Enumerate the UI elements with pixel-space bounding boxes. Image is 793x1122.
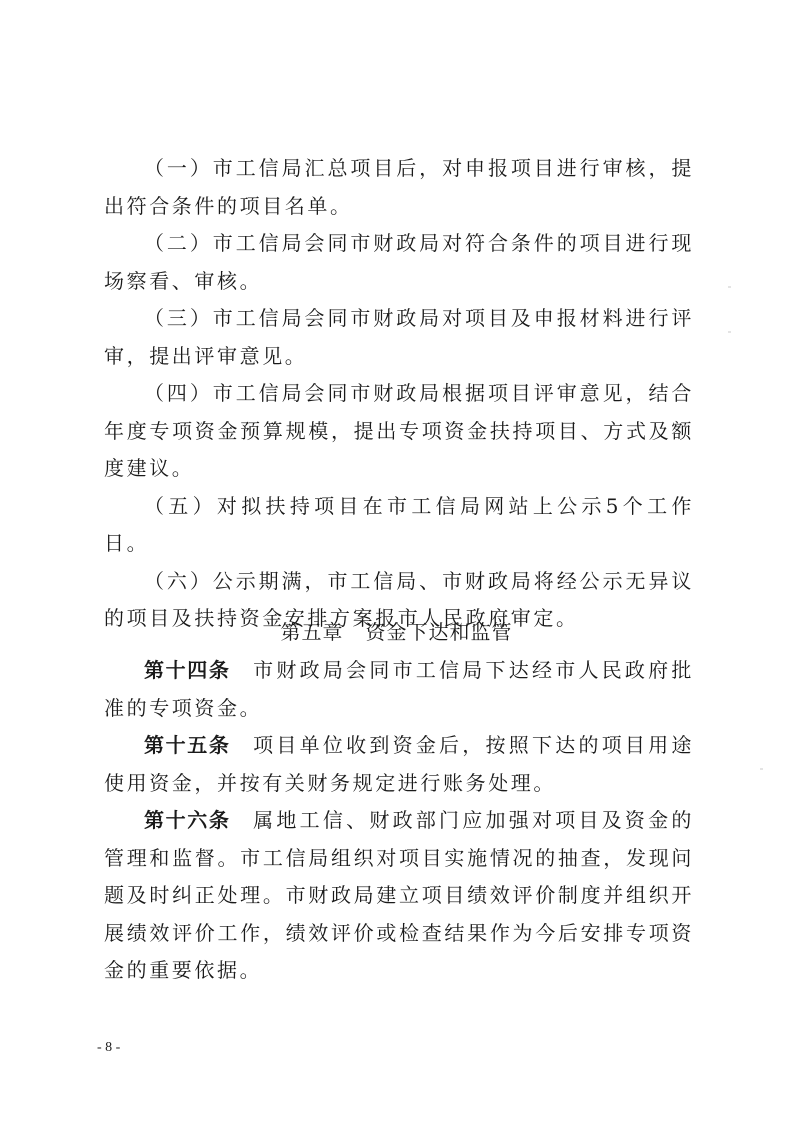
article-text: 属地工信、财政部门应加强对项目及资金的管理和监督。市工信局组织对项目实施情况的抽… <box>104 808 694 982</box>
procedure-item-2: （二）市工信局会同市财政局对符合条件的项目进行现场察看、审核。 <box>104 225 694 300</box>
page-number: - 8 - <box>97 1040 120 1056</box>
item-label: （五） <box>144 494 217 518</box>
article-16: 第十六条属地工信、财政部门应加强对项目及资金的管理和监督。市工信局组织对项目实施… <box>104 802 694 990</box>
article-list: 第十四条市财政局会同市工信局下达经市人民政府批准的专项资金。 第十五条项目单位收… <box>104 652 694 990</box>
procedure-list: （一）市工信局汇总项目后，对申报项目进行审核，提出符合条件的项目名单。 （二）市… <box>104 150 694 638</box>
procedure-item-5: （五）对拟扶持项目在市工信局网站上公示5个工作日。 <box>104 488 694 563</box>
scan-speck <box>728 286 731 288</box>
item-label: （六） <box>144 569 213 593</box>
item-label: （三） <box>144 306 213 330</box>
article-15: 第十五条项目单位收到资金后，按照下达的项目用途使用资金，并按有关财务规定进行账务… <box>104 727 694 802</box>
item-label: （四） <box>144 381 213 405</box>
article-number: 第十六条 <box>144 808 231 832</box>
item-label: （二） <box>144 231 213 255</box>
article-number: 第十五条 <box>144 733 231 757</box>
scan-speck <box>760 768 763 770</box>
scan-speck <box>728 331 731 333</box>
item-label: （一） <box>144 156 213 180</box>
article-14: 第十四条市财政局会同市工信局下达经市人民政府批准的专项资金。 <box>104 652 694 727</box>
chapter-title: 资金下达和监管 <box>366 620 513 644</box>
chapter-heading: 第五章资金下达和监管 <box>0 614 793 651</box>
article-number: 第十四条 <box>144 658 231 682</box>
document-page: （一）市工信局汇总项目后，对申报项目进行审核，提出符合条件的项目名单。 （二）市… <box>0 0 793 1122</box>
procedure-item-3: （三）市工信局会同市财政局对项目及申报材料进行评审，提出评审意见。 <box>104 300 694 375</box>
procedure-item-4: （四）市工信局会同市财政局根据项目评审意见，结合年度专项资金预算规模，提出专项资… <box>104 375 694 488</box>
chapter-number: 第五章 <box>281 620 344 644</box>
procedure-item-1: （一）市工信局汇总项目后，对申报项目进行审核，提出符合条件的项目名单。 <box>104 150 694 225</box>
